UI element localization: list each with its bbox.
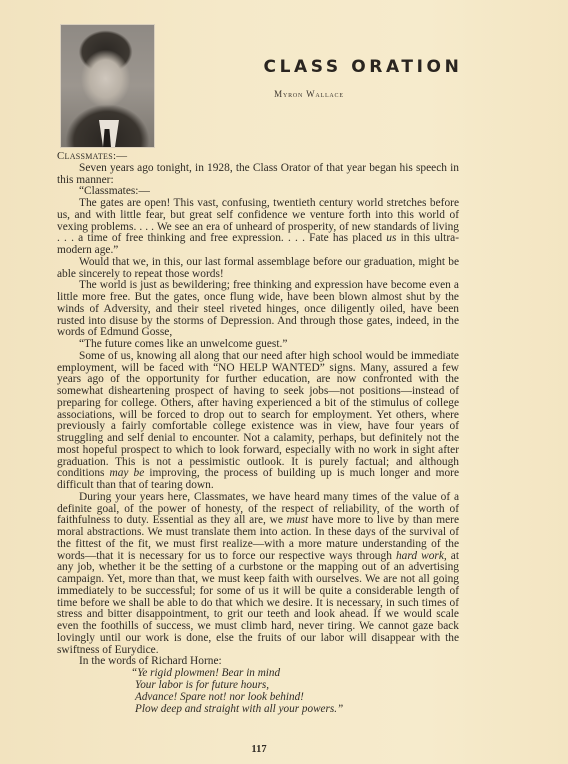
paragraph: The world is just as bewildering; free t… — [57, 280, 459, 339]
paragraph: The gates are open! This vast, confusing… — [57, 198, 459, 257]
author-portrait-photo — [60, 24, 155, 148]
emphasis-text: must — [287, 514, 309, 526]
page-title-text: CLASS ORATION — [264, 57, 463, 77]
poem-line: Plow deep and straight with all your pow… — [131, 704, 459, 716]
emphasis-text: us — [386, 232, 396, 244]
paragraph-text: at any job, whether it be the setting of… — [57, 550, 459, 656]
emphasis-text: hard work, — [396, 550, 447, 562]
poem-quote: “Ye rigid plowmen! Bear in mind Your lab… — [57, 668, 459, 716]
paragraph-text: Some of us, knowing all along that our n… — [57, 350, 459, 480]
poem-line: Advance! Spare not! nor look behind! — [131, 692, 459, 704]
page-number: 117 — [244, 744, 274, 755]
paragraph: Some of us, knowing all along that our n… — [57, 351, 459, 492]
author-byline: Myron Wallace — [254, 89, 364, 99]
emphasis-text: may be — [110, 467, 145, 479]
paragraph: Would that we, in this, our last formal … — [57, 257, 459, 281]
salutation: Classmates:— — [57, 151, 459, 163]
paragraph: Seven years ago tonight, in 1928, the Cl… — [57, 163, 459, 187]
page-title: CLASS ORATION — [0, 57, 568, 77]
oration-body: Classmates:— Seven years ago tonight, in… — [57, 151, 459, 716]
paragraph: During your years here, Classmates, we h… — [57, 492, 459, 657]
